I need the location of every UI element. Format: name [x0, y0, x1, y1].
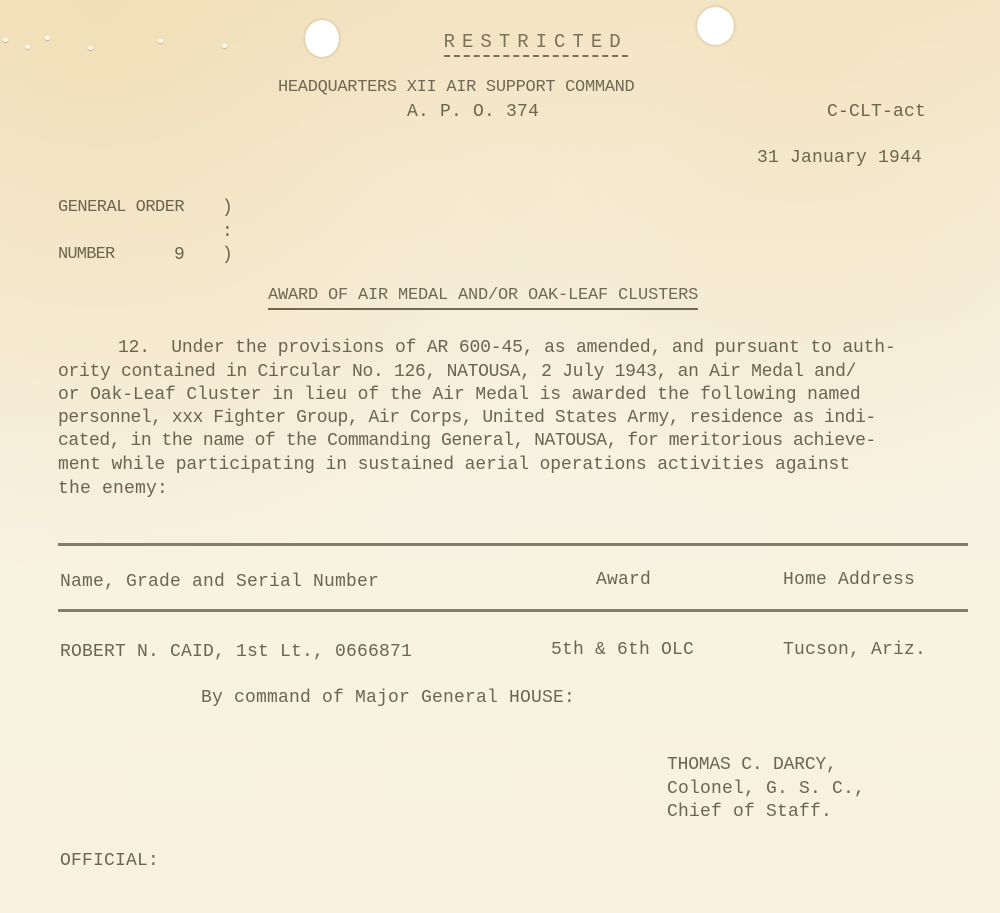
general-order-label: GENERAL ORDER — [58, 196, 184, 220]
paper-speck — [88, 46, 93, 50]
column-header-award: Award — [596, 568, 651, 592]
signatory-name: THOMAS C. DARCY, — [667, 753, 837, 777]
apo-number: A. P. O. 374 — [407, 100, 539, 124]
paper-speck — [3, 38, 8, 42]
signatory-rank: Colonel, G. S. C., — [667, 777, 865, 801]
table-top-rule — [58, 543, 968, 546]
paper-speck — [222, 44, 227, 48]
hole-punch-left — [305, 20, 339, 57]
order-number: 9 — [174, 243, 185, 267]
signatory-title: Chief of Staff. — [667, 800, 832, 824]
recipient-address: Tucson, Ariz. — [783, 638, 926, 662]
reference-code: C-CLT-act — [827, 100, 926, 124]
paper-speck — [158, 39, 163, 43]
body-line: ority contained in Circular No. 126, NAT… — [58, 360, 856, 384]
bracket: ) — [222, 196, 233, 220]
body-line: ment while participating in sustained ae… — [58, 453, 850, 477]
document-page: RESTRICTED HEADQUARTERS XII AIR SUPPORT … — [0, 0, 1000, 913]
column-header-address: Home Address — [783, 568, 915, 592]
classification-text: RESTRICTED — [444, 30, 628, 57]
paper-speck — [25, 45, 30, 49]
hole-punch-right — [697, 7, 734, 45]
recipient-name: ROBERT N. CAID, 1st Lt., 0666871 — [60, 640, 412, 664]
body-line: 12. Under the provisions of AR 600-45, a… — [118, 336, 896, 360]
recipient-award: 5th & 6th OLC — [551, 638, 694, 662]
body-line: personnel, xxx Fighter Group, Air Corps,… — [58, 406, 876, 430]
column-header-name: Name, Grade and Serial Number — [60, 570, 379, 594]
colon-separator: : — [222, 220, 233, 244]
classification-marking: RESTRICTED — [370, 6, 628, 81]
command-line: By command of Major General HOUSE: — [201, 686, 575, 710]
document-title: AWARD OF AIR MEDAL AND/OR OAK-LEAF CLUST… — [268, 284, 698, 310]
paper-speck — [45, 36, 50, 40]
order-date: 31 January 1944 — [757, 146, 922, 170]
body-line: the enemy: — [58, 477, 168, 501]
body-line: or Oak-Leaf Cluster in lieu of the Air M… — [58, 383, 861, 407]
official-label: OFFICIAL: — [60, 849, 159, 873]
bracket: ) — [222, 243, 233, 267]
table-header-rule — [58, 609, 968, 612]
organization-heading: HEADQUARTERS XII AIR SUPPORT COMMAND — [278, 76, 634, 100]
body-line: cated, in the name of the Commanding Gen… — [58, 429, 876, 453]
number-label: NUMBER — [58, 243, 114, 267]
